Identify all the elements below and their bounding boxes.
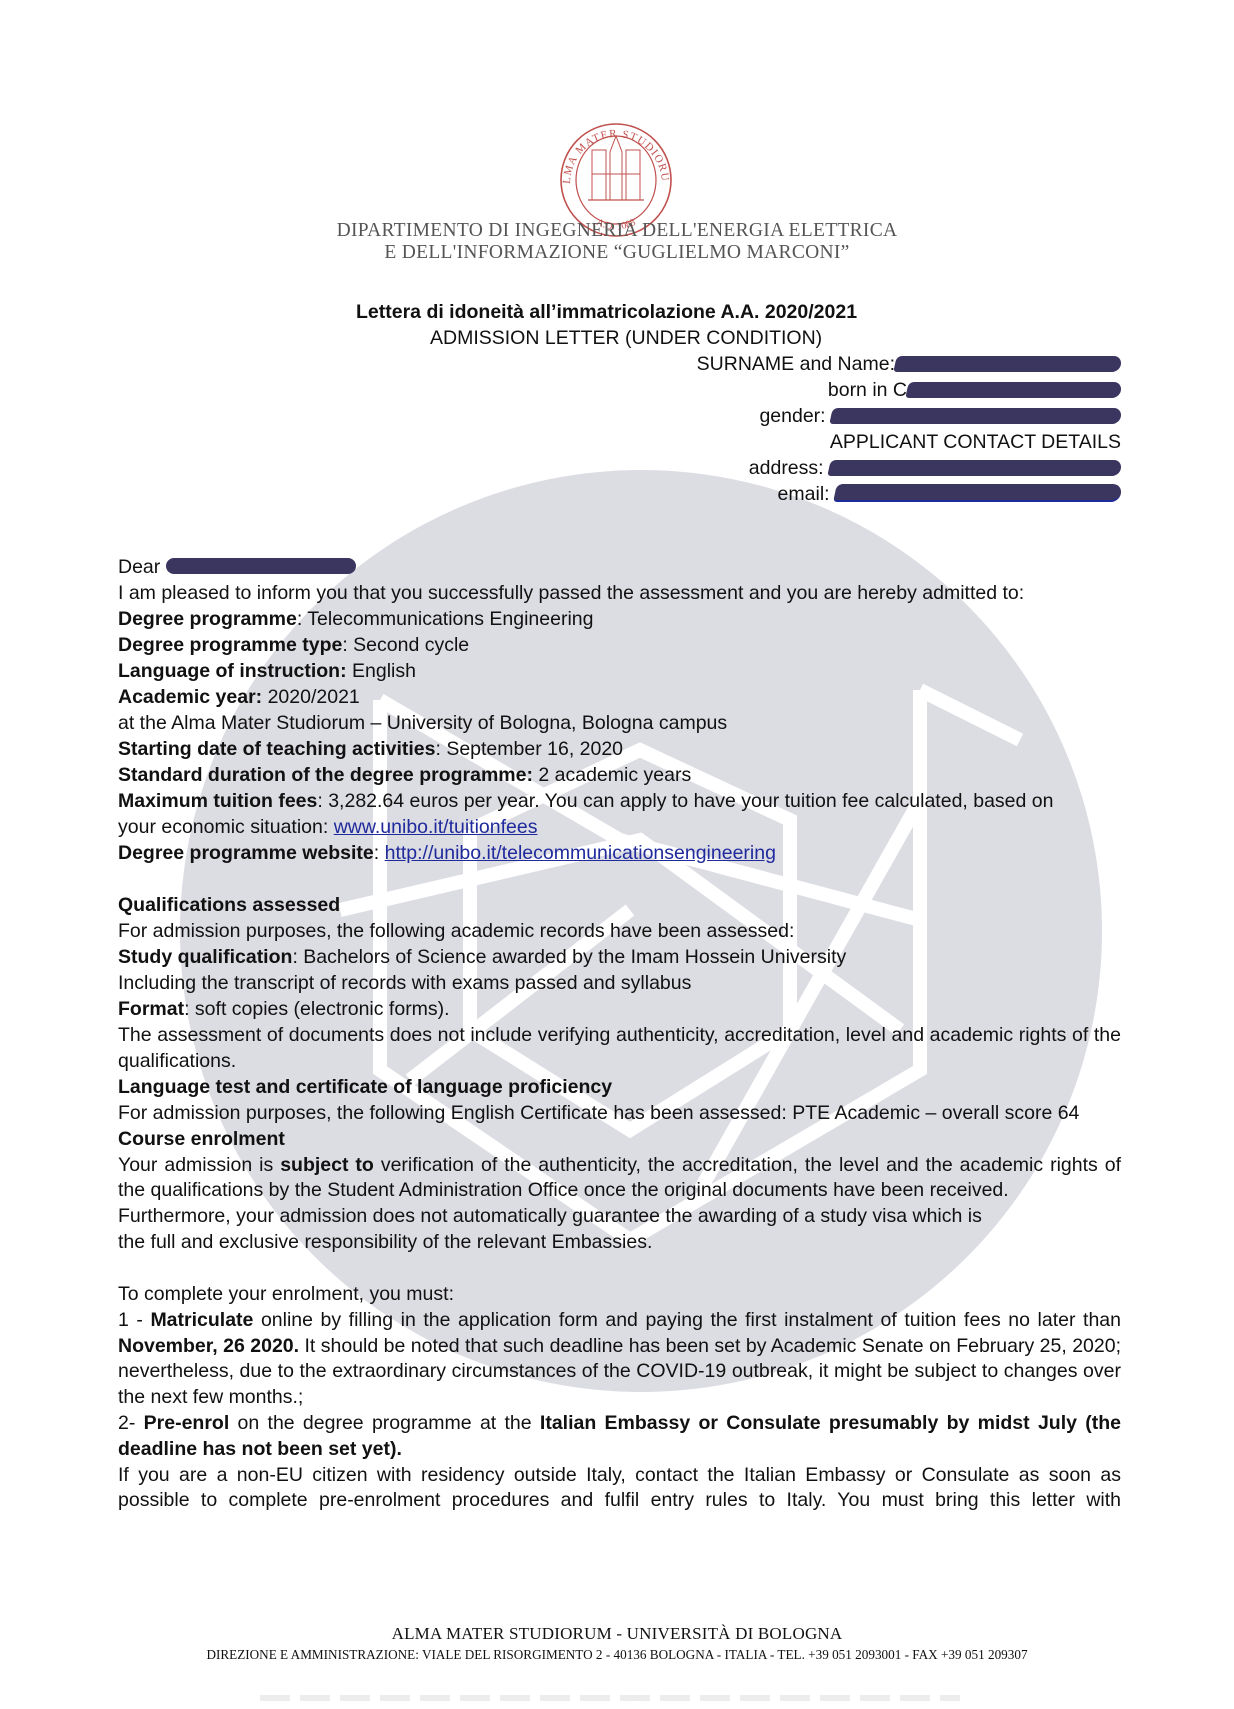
field-tuition-fees: Maximum tuition fees: 3,282.64 euros per… xyxy=(118,789,1121,815)
svg-text:ALMA MATER STUDIORUM: ALMA MATER STUDIORUM xyxy=(558,122,671,184)
redacted-birth xyxy=(905,382,1122,398)
tuition-fees-link[interactable]: www.unibo.it/tuitionfees xyxy=(334,816,538,838)
field-website: Degree programme website: http://unibo.i… xyxy=(118,841,1121,867)
language-heading: Language test and certificate of languag… xyxy=(118,1075,1121,1101)
field-academic-year: Academic year: 2020/2021 xyxy=(118,685,1121,711)
field-language: Language of instruction: English xyxy=(118,659,1121,685)
letter-body: Dear I am pleased to inform you that you… xyxy=(118,555,1121,1514)
letter-title-italian: Lettera di idoneità all’immatricolazione… xyxy=(356,300,857,326)
field-starting-date: Starting date of teaching activities: Se… xyxy=(118,737,1121,763)
surname-label: SURNAME and Name: xyxy=(697,353,895,375)
field-degree-programme: Degree programme: Telecommunications Eng… xyxy=(118,607,1121,633)
department-name-line2: E DELL'INFORMAZIONE “GUGLIELMO MARCONI” xyxy=(0,242,1234,264)
redacted-gender xyxy=(829,408,1122,424)
applicant-birth-row: born in C xyxy=(697,378,1121,404)
redacted-address xyxy=(827,460,1122,476)
intro-text: I am pleased to inform you that you succ… xyxy=(118,581,1121,607)
footer-university-name: ALMA MATER STUDIORUM - UNIVERSITÀ DI BOL… xyxy=(0,1624,1234,1644)
enrolment-paragraph-2: Furthermore, your admission does not aut… xyxy=(118,1204,1121,1256)
step-1: 1 - Matriculate online by filling in the… xyxy=(118,1308,1121,1411)
non-eu-instructions: If you are a non-EU citizen with residen… xyxy=(118,1463,1121,1515)
email-label: email: xyxy=(778,483,830,505)
applicant-name-row: SURNAME and Name: xyxy=(697,352,1121,378)
greeting-text: Dear xyxy=(118,556,160,578)
field-duration: Standard duration of the degree programm… xyxy=(118,763,1121,789)
programme-website-link[interactable]: http://unibo.it/telecommunicationsengine… xyxy=(385,842,776,864)
study-qualification: Study qualification: Bachelors of Scienc… xyxy=(118,945,1121,971)
campus-text: at the Alma Mater Studiorum – University… xyxy=(118,711,1121,737)
greeting: Dear xyxy=(118,555,1121,581)
assessment-disclaimer: The assessment of documents does not inc… xyxy=(118,1023,1121,1075)
department-name-line1: DIPARTIMENTO DI INGEGNERIA DELL'ENERGIA … xyxy=(0,220,1234,242)
applicant-email-row: email: xyxy=(697,482,1121,508)
step-2: 2- Pre-enrol on the degree programme at … xyxy=(118,1411,1121,1463)
applicant-address-row: address: xyxy=(697,456,1121,482)
field-tuition-fees-cont: your economic situation: www.unibo.it/tu… xyxy=(118,815,1121,841)
spacer xyxy=(118,1256,1121,1282)
qualifications-heading: Qualifications assessed xyxy=(118,893,1121,919)
gender-label: gender: xyxy=(759,405,825,427)
format-text: Format: soft copies (electronic forms). xyxy=(118,997,1121,1023)
language-text: For admission purposes, the following En… xyxy=(118,1101,1121,1127)
transcript-text: Including the transcript of records with… xyxy=(118,971,1121,997)
steps-intro: To complete your enrolment, you must: xyxy=(118,1282,1121,1308)
redacted-greeting-name xyxy=(166,558,356,574)
letter-title-english: ADMISSION LETTER (UNDER CONDITION) xyxy=(430,326,822,352)
enrolment-paragraph-1: Your admission is subject to verificatio… xyxy=(118,1153,1121,1205)
redacted-name xyxy=(893,356,1122,372)
address-label: address: xyxy=(749,457,824,479)
qualifications-intro: For admission purposes, the following ac… xyxy=(118,919,1121,945)
redacted-email-link[interactable] xyxy=(833,484,1123,502)
applicant-gender-row: gender: xyxy=(697,404,1121,430)
enrolment-heading: Course enrolment xyxy=(118,1127,1121,1153)
contact-heading: APPLICANT CONTACT DETAILS xyxy=(697,430,1121,456)
spacer xyxy=(118,867,1121,893)
born-label: born in C xyxy=(828,379,907,401)
footer-address: DIREZIONE E AMMINISTRAZIONE: VIALE DEL R… xyxy=(0,1647,1234,1663)
applicant-details: SURNAME and Name: born in C gender: APPL… xyxy=(697,352,1121,508)
bleed-through-text xyxy=(260,1695,960,1701)
field-programme-type: Degree programme type: Second cycle xyxy=(118,633,1121,659)
